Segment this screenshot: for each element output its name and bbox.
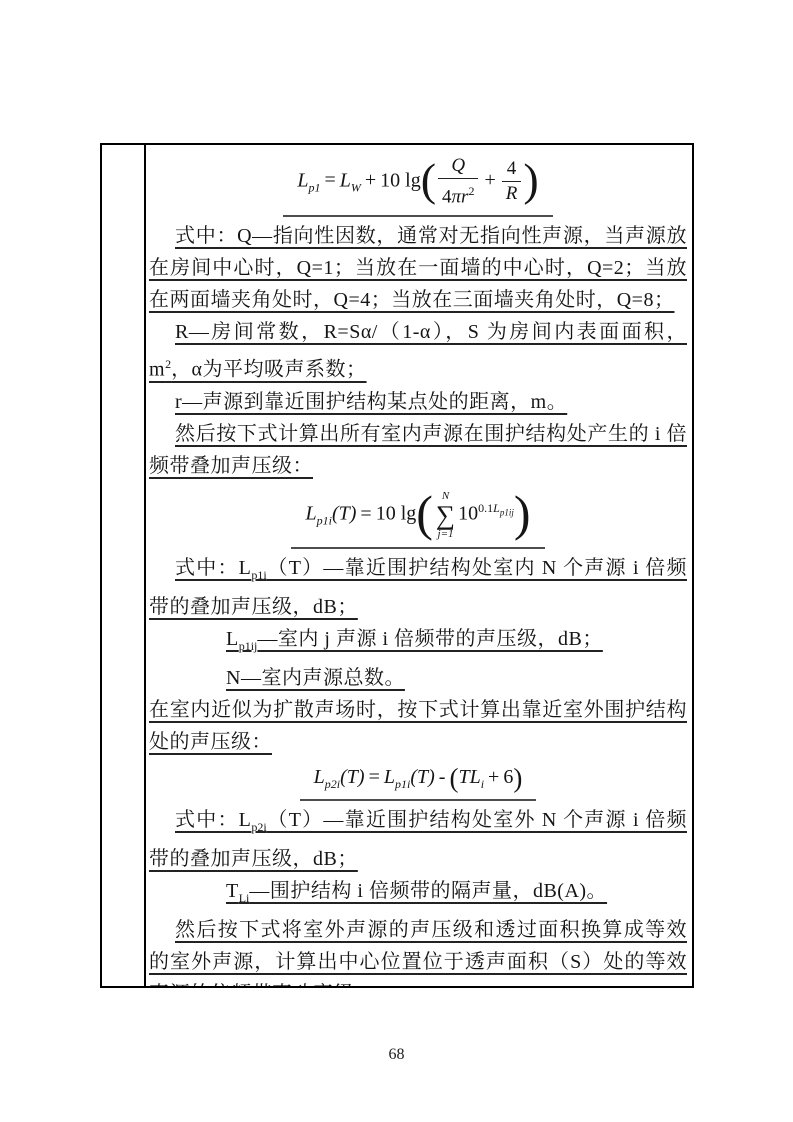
paragraph-r-constant-definition: R—房间常数，R=Sα/（1-α），S 为房间内表面面积，m2，α为平均吸声系数…: [149, 316, 687, 386]
f3-t2-base: TL: [458, 766, 480, 788]
f1-frac2-num: 4: [502, 158, 522, 182]
f1-frac1-den-var: πr: [452, 186, 469, 207]
f3-eq: =: [365, 766, 384, 788]
f2-coef: 10 lg: [376, 503, 417, 525]
f1-plus2: +: [480, 169, 499, 191]
formula-lp2i: Lp2i(T)=Lp1i(T)-(TLi+6): [300, 761, 537, 801]
paragraph-text: 在室内近似为扩散声场时，按下式计算出靠近室外围护结构处的声压级：: [149, 699, 687, 753]
subscript-p1i: p1i: [251, 568, 266, 582]
paragraph-text: —围护结构 i 倍频带的隔声量，dB(A)。: [249, 880, 607, 902]
f1-frac1-num: Q: [438, 155, 478, 179]
subscript-li: Li: [239, 891, 250, 905]
paragraph-text: T: [226, 880, 239, 902]
f1-frac1-den: 4πr2: [438, 179, 478, 208]
f1-fraction-1: Q4πr2: [436, 155, 480, 208]
formula-lp1: Lp1=LW+10 lg(Q4πr2+4R): [283, 150, 552, 217]
formula-lp1i-sum: Lp1i(T)=10 lg(N∑j=1100.1Lp1ij): [291, 485, 544, 549]
f2-exp-var: L: [493, 501, 500, 515]
paragraph-text: ，α为平均吸声系数；: [171, 359, 366, 381]
paragraph-tli-definition: TLi—围护结构 i 倍频带的隔声量，dB(A)。: [149, 875, 687, 914]
f3-lhs-arg: (T): [340, 766, 364, 788]
f3-t1-sub: p1i: [395, 777, 410, 791]
f1-lhs-sub: p1: [308, 180, 320, 194]
paragraph-q-definition: 式中：Q—指向性因数，通常对无指向性声源，当声源放在房间中心时，Q=1；当放在一…: [149, 220, 687, 316]
paragraph-text: 式中：Q—指向性因数，通常对无指向性声源，当声源放在房间中心时，Q=1；当放在一…: [149, 225, 687, 311]
sigma-sum-icon: ∑: [436, 502, 455, 528]
paragraph-text: N—室内声源总数。: [226, 667, 405, 689]
f1-frac2-den: R: [502, 182, 522, 205]
f3-t1-base: L: [384, 766, 395, 788]
f2-lhs-sub: p1i: [317, 514, 332, 528]
paragraph-text: L: [226, 628, 239, 650]
f2-exp-sub: p1ij: [500, 507, 514, 517]
f1-frac1-den-exp: 2: [468, 184, 474, 198]
f2-summation: N∑j=1: [436, 490, 455, 540]
f1-lhs-base: L: [297, 169, 308, 191]
document-page: Lp1=LW+10 lg(Q4πr2+4R) 式中：Q—指向性因数，通常对无指向…: [0, 0, 793, 1122]
page-number: 68: [0, 1046, 793, 1064]
f3-plus: +: [484, 766, 503, 788]
formula-2-block: Lp1i(T)=10 lg(N∑j=1100.1Lp1ij): [149, 485, 687, 549]
f1-t1-base: L: [340, 169, 351, 191]
f2-power-exponent: 0.1Lp1ij: [478, 501, 514, 515]
f1-coef: 10 lg: [380, 169, 421, 191]
paragraph-text: 然后按下式计算出所有室内声源在围护结构处产生的 i 倍频带叠加声压级：: [149, 423, 687, 477]
table-left-empty-cell: [102, 145, 146, 986]
f3-constant: 6: [503, 766, 513, 788]
f1-frac1-den-coef: 4: [442, 186, 452, 207]
f3-t1-arg: (T): [410, 766, 434, 788]
paragraph-text: 然后按下式将室外声源的声压级和透过面积换算成等效的室外声源，计算出中心位置位于透…: [149, 919, 687, 986]
paragraph-r-distance-definition: r—声源到靠近围护结构某点处的距离，m。: [149, 386, 687, 418]
content-table: Lp1=LW+10 lg(Q4πr2+4R) 式中：Q—指向性因数，通常对无指向…: [100, 143, 694, 988]
table-main-cell: Lp1=LW+10 lg(Q4πr2+4R) 式中：Q—指向性因数，通常对无指向…: [146, 145, 692, 986]
subscript-p2i: p2i: [251, 820, 266, 834]
paragraph-text: 式中：L: [175, 557, 251, 579]
f3-lhs-sub: p2i: [325, 777, 340, 791]
f1-fraction-2: 4R: [500, 158, 524, 205]
paragraph-text: r—声源到靠近围护结构某点处的距离，m。: [175, 391, 567, 413]
paragraph-intro-formula-4: 然后按下式将室外声源的声压级和透过面积换算成等效的室外声源，计算出中心位置位于透…: [149, 914, 687, 986]
paragraph-intro-formula-2: 然后按下式计算出所有室内声源在围护结构处产生的 i 倍频带叠加声压级：: [149, 418, 687, 482]
formula-3-block: Lp2i(T)=Lp1i(T)-(TLi+6): [149, 761, 687, 801]
paragraph-lp2i-definition: 式中：Lp2i（T）—靠近围护结构处室外 N 个声源 i 倍频带的叠加声压级，d…: [149, 804, 687, 875]
paragraph-text: 式中：L: [175, 809, 251, 831]
paragraph-lp1ij-definition: Lp1ij—室内 j 声源 i 倍频带的声压级，dB；: [149, 623, 687, 662]
paragraph-text: —室内 j 声源 i 倍频带的声压级，dB；: [257, 628, 602, 650]
f3-lhs-base: L: [314, 766, 325, 788]
paragraph-intro-formula-3: 在室内近似为扩散声场时，按下式计算出靠近室外围护结构处的声压级：: [149, 694, 687, 758]
f2-eq: =: [356, 503, 375, 525]
f1-plus1: +: [361, 169, 380, 191]
f2-power-base: 10: [458, 503, 478, 525]
f1-eq: =: [320, 169, 339, 191]
formula-1-block: Lp1=LW+10 lg(Q4πr2+4R): [149, 150, 687, 217]
f2-lhs-base: L: [305, 503, 316, 525]
f2-exp-coef: 0.1: [478, 501, 493, 515]
f2-lhs-arg: (T): [332, 503, 356, 525]
f1-t1-sub: W: [351, 180, 361, 194]
paragraph-lp1i-definition: 式中：Lp1i（T）—靠近围护结构处室内 N 个声源 i 倍频带的叠加声压级，d…: [149, 552, 687, 623]
f3-minus: -: [435, 766, 450, 788]
subscript-p1ij: p1ij: [239, 639, 258, 653]
paragraph-n-definition: N—室内声源总数。: [149, 662, 687, 694]
f2-sum-lower-limit: j=1: [438, 528, 454, 540]
